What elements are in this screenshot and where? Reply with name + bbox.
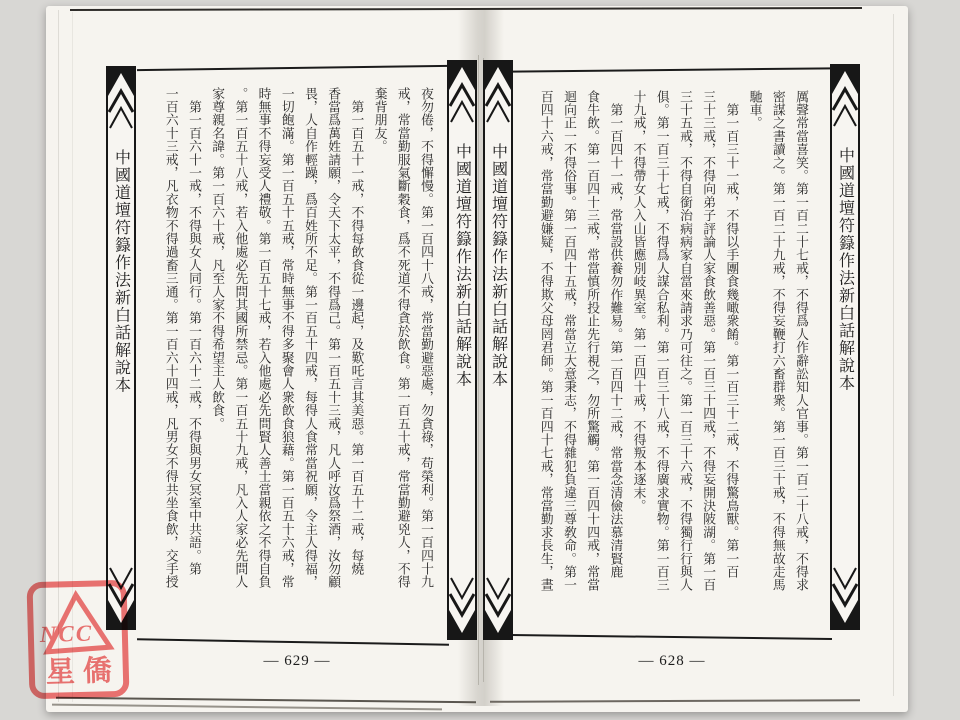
- text-column: 時無事不得妄受人禮敬。第一百五十七戒，若入他處必先問賢人善士當親依之不得自負: [251, 87, 274, 621]
- text-column: 十九戒，不得帶女人入山皆應別岐異室。第一百四十戒，不得叛本逐末。: [626, 90, 649, 624]
- title-strip-outer-left: 中國道壇符籙作法新白話解說本: [106, 66, 136, 630]
- chevron-ornament-top: [485, 60, 511, 134]
- text-column: 馳車。: [742, 90, 765, 624]
- stamp-text-cjk: 星僑: [34, 648, 123, 691]
- book-title-vertical: 中國道壇符籙作法新白話解說本: [487, 143, 510, 388]
- text-column: 百四十六戒，常當勤避嫌疑，不得欺父母罔君師。第一百四十七戒，常當勤求長生，晝: [534, 90, 557, 624]
- text-column: 第一百四十一戒，常當設供養勿作難易。第一百四十二戒，常當念清儉法慕清賢鹿: [603, 90, 626, 624]
- chevron-ornament-top: [832, 64, 858, 138]
- text-column: 俱。第一百三十七戒，不得爲人謀合私利。第一百三十八戒，不得廣求實物。第一百三: [650, 90, 673, 624]
- text-column: 第一百六十一戒，不得與女人同行。第一百六十二戒，不得與男女冥室中共語。第: [182, 87, 205, 621]
- book-title-vertical: 中國道壇符籙作法新白話解說本: [110, 149, 133, 394]
- chevron-ornament-top: [108, 66, 134, 140]
- text-column: 棄背朋友。: [367, 87, 390, 621]
- page-629-text: 夜勿倦，不得懈慢。第一百四十八戒，常當勤避惡處，勿貪祿，苟榮利。第一百四十九戒，…: [157, 87, 437, 621]
- page-628-text: 厲聲常當喜笑。第一百二十七戒，不得爲人作辭訟知人官事。第一百二十八戒，不得求密謀…: [532, 90, 812, 624]
- text-column: 家尊親名諱。第一百六十戒，凡至人家不得希望主人飲食。: [205, 87, 228, 621]
- text-column: 第一百五十一戒，不得每飲食從一邊起，及歎吒言其美惡。第一百五十二戒，每燒: [344, 87, 367, 621]
- text-column: 畏，人自作輕躁，爲百姓所不足。第一百五十四戒，每得人食常當祝願，令主人得福，: [298, 87, 321, 621]
- text-column: 第一百三十一戒，不得以手團食幾噉衆餚。第一百三十二戒，不得驚鳥獸。第一百: [719, 90, 742, 624]
- book-title-vertical: 中國道壇符籙作法新白話解說本: [834, 147, 857, 392]
- text-column: 戒，常當勤服氣斷穀食，爲不死道不得貪於飲食。第一百五十戒，常當勤避兇人，不得: [391, 87, 414, 621]
- publisher-stamp: NCC 星僑: [26, 580, 129, 700]
- text-column: 密謀之書讀之。第一百二十九戒，不得妄鞭打六畜群衆。第一百三十戒，不得無故走馬: [766, 90, 789, 624]
- page-number-629: — 629 —: [222, 653, 372, 670]
- title-strip-outer-right: 中國道壇符籙作法新白話解說本: [830, 64, 860, 630]
- page-number-628: — 628 —: [597, 653, 747, 670]
- text-column: 三十三戒，不得向弟子評論人家食飲善惡。第一百三十四戒，不得妄開決陂湖。第一百: [696, 90, 719, 624]
- stamp-text-ncc: NCC: [40, 621, 94, 648]
- text-column: 迴向正一不得俗事。第一百四十五戒，常當立大意秉志，不得雜犯負違三尊敎命。第一: [557, 90, 580, 624]
- spine-gutter-line: [478, 55, 479, 685]
- text-column: 食牛飲。第一百四十三戒，常當慎所投止先行視之，勿所驚觸。第一百四十四戒，常當: [580, 90, 603, 624]
- text-column: 厲聲常當喜笑。第一百二十七戒，不得爲人作辭訟知人官事。第一百二十八戒，不得求: [789, 90, 812, 624]
- title-strip-spine-left-page: 中國道壇符籙作法新白話解說本: [447, 60, 477, 640]
- text-column: 一百六十三戒，凡衣物不得過畜三通。第一百六十四戒，凡男女不得共坐食飲，交手授: [159, 87, 182, 621]
- text-column: 香當爲萬姓請願，令天下太平，不得爲己。第一百五十三戒，凡人呼汝爲祭酒，汝勿顧: [321, 87, 344, 621]
- chevron-ornament-bottom: [485, 566, 511, 640]
- title-strip-spine-right-page: 中國道壇符籙作法新白話解說本: [483, 60, 513, 640]
- chevron-ornament-bottom: [832, 556, 858, 630]
- page-edge-line: [893, 14, 894, 696]
- text-column: 夜勿倦，不得懈慢。第一百四十八戒，常當勤避惡處，勿貪祿，苟榮利。第一百四十九: [414, 87, 437, 621]
- chevron-ornament-top: [449, 60, 475, 134]
- chevron-ornament-bottom: [449, 566, 475, 640]
- text-column: 三十五戒，不得自銜治病病家自當來請求乃可往之。第一百三十六戒，不得獨行行與人: [673, 90, 696, 624]
- text-column: 。第一百五十八戒，若入他處必先問其國所禁忌。第一百五十九戒，凡入人家必先問人: [228, 87, 251, 621]
- book-title-vertical: 中國道壇符籙作法新白話解說本: [451, 143, 474, 388]
- text-column: 一切飽滿。第一百五十五戒，常時無事不得多聚會人衆飲食狼藉。第一百五十六戒，常: [275, 87, 298, 621]
